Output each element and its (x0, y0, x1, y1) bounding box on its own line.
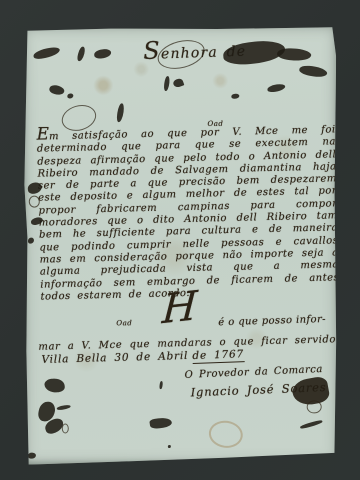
underlined-year: de 1767 (192, 348, 244, 364)
letter-body: Em satisfação ao que por V. Mce me foi d… (36, 121, 339, 303)
ink-showthrough-mark (33, 46, 61, 61)
ink-showthrough-mark (231, 94, 239, 99)
ink-showthrough-mark (28, 452, 36, 459)
ink-showthrough-mark (168, 445, 171, 448)
ink-showthrough-mark (172, 78, 184, 89)
ink-showthrough-mark (149, 417, 172, 430)
ink-showthrough-mark (56, 405, 70, 411)
superscript-abbreviation: Oad (116, 319, 132, 327)
manuscript-page: Senhora de Oad Em satisfação ao que por … (23, 26, 338, 464)
closing-line-1: é o que posso infor- (218, 314, 326, 328)
stain-ring (207, 419, 244, 450)
ink-showthrough-mark (267, 83, 286, 93)
ink-showthrough-mark (44, 378, 65, 394)
ink-showthrough-mark (48, 83, 65, 96)
pen-slash-mark (300, 419, 323, 429)
photo-background: Senhora de Oad Em satisfação ao que por … (0, 0, 360, 480)
ink-showthrough-mark (116, 103, 125, 123)
ink-showthrough-mark (164, 76, 170, 91)
ink-showthrough-mark (299, 64, 328, 79)
ink-showthrough-loop (29, 196, 40, 208)
place-date-text: Villa Bella 30 de Abril (41, 350, 188, 366)
ink-showthrough-mark (94, 49, 112, 60)
ink-showthrough-mark (159, 381, 162, 389)
closing-initial: H (161, 283, 199, 333)
ink-showthrough-mark (76, 46, 85, 62)
signature-rubric-curl (307, 400, 322, 413)
ink-showthrough-mark (28, 238, 34, 244)
ink-showthrough-mark (67, 93, 73, 98)
ink-showthrough-curl (62, 423, 69, 433)
